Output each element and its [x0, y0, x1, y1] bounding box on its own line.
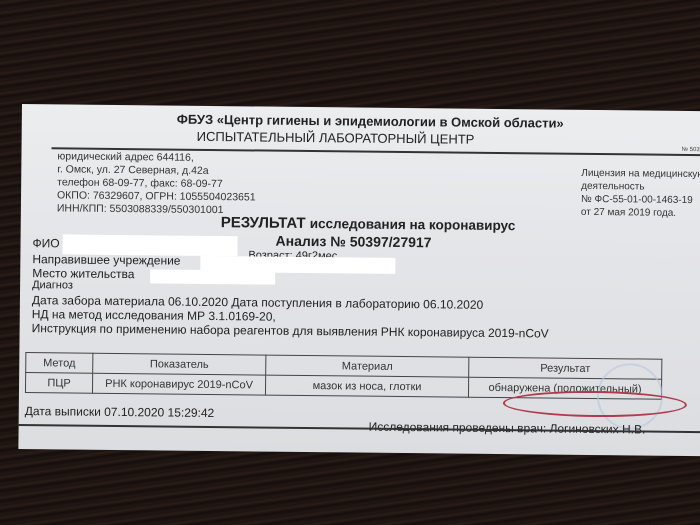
diagnosis-label: Диагноз — [32, 279, 73, 291]
lab-center-name: ИСПЫТАТЕЛЬНЫЙ ЛАБОРАТОРНЫЙ ЦЕНТР — [197, 129, 475, 147]
issue-date: Дата выписки 07.10.2020 15:29:42 — [25, 404, 215, 420]
cell-indicator: РНК коронавирус 2019-nCoV — [92, 373, 265, 395]
instruction-line: Инструкция по применению набора реагенто… — [32, 321, 549, 340]
org-name: ФБУЗ «Центр гигиены и эпидемиологии в Ом… — [177, 112, 564, 131]
cell-method: ПЦР — [25, 373, 92, 394]
license-line: деятельность — [581, 181, 645, 193]
document-title: РЕЗУЛЬТАТ исследования на коронавирус — [221, 214, 516, 234]
inn-line: ИНН/КПП: 5503088339/550301001 — [57, 202, 224, 217]
header-cell: Показатель — [93, 353, 266, 375]
analysis-number: Анализ № 50397/27917 — [275, 233, 431, 251]
title-main: РЕЗУЛЬТАТ — [221, 214, 306, 232]
header-cell: Метод — [26, 353, 93, 374]
header-cell: Материал — [266, 355, 469, 377]
referrer-label: Направившее учреждение — [32, 252, 180, 268]
license-date: от 27 мая 2019 года. — [581, 207, 676, 219]
license-line: Лицензия на медицинскую — [581, 168, 700, 180]
title-rest: исследования на коронавирус — [310, 216, 516, 233]
license-number: № ФС-55-01-00-1463-19 — [581, 194, 693, 206]
doc-number: № 50397 — [682, 147, 700, 153]
redacted-residence — [150, 269, 275, 284]
lab-result-document: ФБУЗ «Центр гигиены и эпидемиологии в Ом… — [18, 104, 700, 456]
cell-material: мазок из носа, глотки — [265, 375, 468, 397]
fio-label: ФИО — [32, 236, 59, 250]
